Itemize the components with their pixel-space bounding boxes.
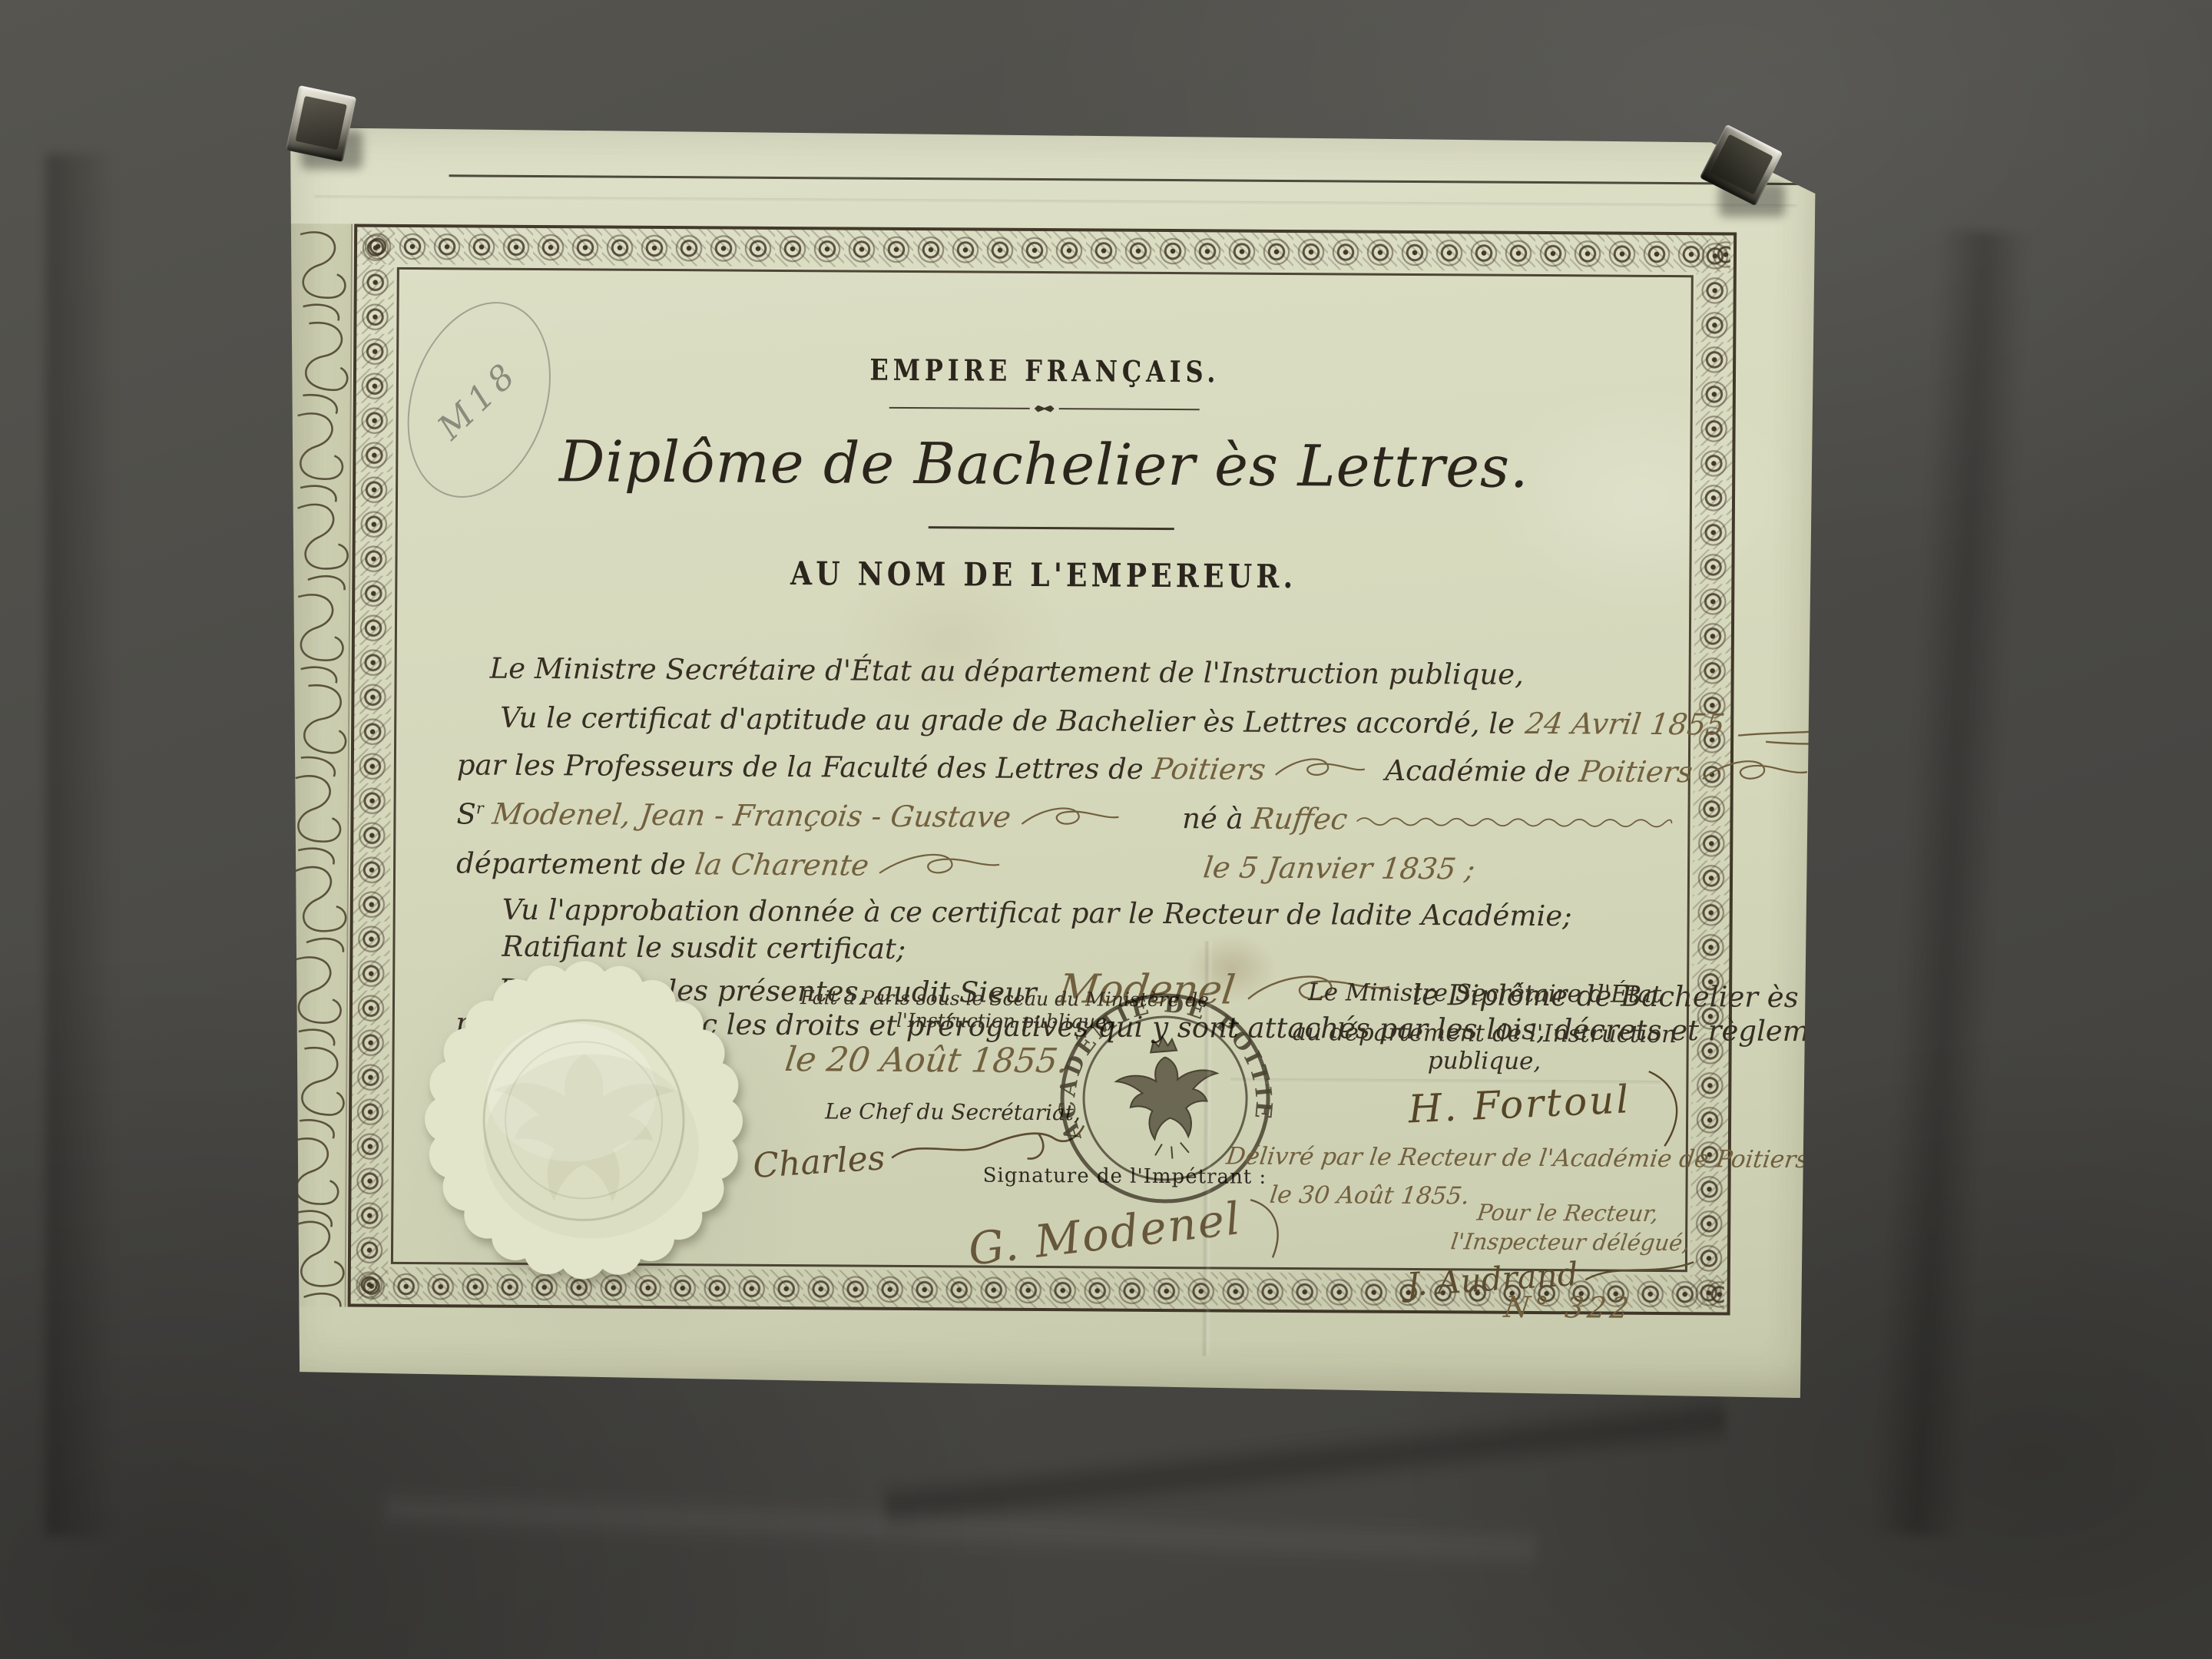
ink-flourish-icon bbox=[878, 849, 1001, 885]
stub-flourish-art bbox=[283, 224, 352, 1306]
issue-date-line: le 20 Août 1855. bbox=[785, 1040, 1068, 1081]
title-row: Diplôme de Bachelier ès Lettres. bbox=[353, 428, 1735, 502]
printed-text: né à bbox=[1182, 801, 1243, 837]
printed-text: au département de l'Instruction publique… bbox=[1292, 1018, 1677, 1075]
printed-text: Vu l'approbation donnée à ce certificat … bbox=[502, 892, 1572, 935]
signature-flourish-icon bbox=[1581, 1251, 1697, 1289]
for-rector-line: Pour le Recteur, bbox=[1477, 1200, 1658, 1227]
photograph-scene: M18 EMPIRE FRANÇAIS. Diplôme de Bachelie… bbox=[0, 0, 2212, 1659]
handwritten-delivery-date: le 30 Août 1855. bbox=[1268, 1181, 1471, 1210]
signature-flourish-icon bbox=[1633, 1064, 1721, 1152]
calligraphic-stub-band bbox=[283, 224, 353, 1306]
ink-flourish-icon bbox=[1701, 756, 1809, 790]
delivery-date-line: le 30 Août 1855. bbox=[1270, 1181, 1469, 1210]
handwritten-certificate-date: 24 Avril 1855 bbox=[1523, 707, 1727, 742]
body-line-minister-intro: Le Ministre Secrétaire d'État au départe… bbox=[490, 651, 1688, 694]
fabric-fold bbox=[46, 154, 115, 1536]
minister-title-line1: Le Ministre Secrétaire d'État bbox=[1277, 979, 1692, 1008]
clip-inner-face bbox=[1710, 134, 1773, 195]
fabric-fold bbox=[1871, 229, 2032, 1538]
handwritten-faculty-city: Poitiers bbox=[1151, 752, 1267, 786]
diamond-ornament-icon bbox=[1035, 405, 1055, 412]
header-divider-ornament bbox=[889, 403, 1200, 414]
handwritten-department: la Charente bbox=[693, 847, 871, 882]
academy-stamp: ACADÉMIE DE POITIERS bbox=[1045, 979, 1286, 1222]
delivered-by-line: Délivré par le Recteur de l'Académie de … bbox=[1227, 1143, 1808, 1174]
handwritten-for-rector: Pour le Recteur, bbox=[1475, 1200, 1660, 1227]
handwritten-academy-city: Poitiers bbox=[1578, 754, 1694, 789]
printed-text: département de bbox=[456, 846, 686, 882]
body-line-recipient: Sr Modenel, Jean - François - Gustave né… bbox=[456, 796, 1687, 839]
body-line-faculty: par les Professeurs de la Faculté des Le… bbox=[457, 747, 1687, 790]
country-heading: EMPIRE FRANÇAIS. bbox=[869, 353, 1220, 389]
handwritten-issue-date: le 20 Août 1855. bbox=[783, 1040, 1071, 1081]
top-rule bbox=[449, 174, 1803, 185]
body-line-department: département de la Charente le 5 Janvier … bbox=[456, 846, 1687, 889]
ink-flourish-icon bbox=[1274, 755, 1366, 786]
ink-wavy-filler-icon bbox=[1356, 813, 1687, 829]
printed-text: Le Ministre Secrétaire d'État bbox=[1308, 979, 1661, 1008]
embossed-paper-seal bbox=[417, 953, 751, 1287]
border-band-top bbox=[360, 227, 1730, 273]
handwritten-birth-date: le 5 Janvier 1835 ; bbox=[1201, 850, 1477, 886]
ink-flourish-icon bbox=[1020, 803, 1120, 834]
handwritten-recipient-name: Modenel, Jean - François - Gustave bbox=[491, 797, 1013, 834]
border-band-left bbox=[351, 230, 395, 1301]
printed-text: Sr bbox=[456, 796, 483, 832]
sieur-abbreviation: S bbox=[456, 797, 476, 830]
body-line-certificate: Vu le certificat d'aptitude au grade de … bbox=[500, 700, 1687, 747]
handwritten-registry-number: N° 322 bbox=[1502, 1290, 1635, 1325]
chief-signature-text: Charles bbox=[752, 1138, 886, 1186]
printed-text: Vu le certificat d'aptitude au grade de … bbox=[500, 700, 1515, 742]
diploma-title: Diplôme de Bachelier ès Lettres. bbox=[559, 429, 1529, 501]
registry-number: N° 322 bbox=[1504, 1290, 1632, 1325]
handwritten-birthplace: Ruffec bbox=[1250, 802, 1349, 836]
diploma-paper: M18 EMPIRE FRANÇAIS. Diplôme de Bachelie… bbox=[276, 121, 1830, 1402]
printed-text: par les Professeurs de la Faculté des Le… bbox=[457, 747, 1144, 787]
handwritten-delivered-by: Délivré par le Recteur de l'Académie de … bbox=[1224, 1143, 1810, 1174]
printed-text: au bbox=[1827, 756, 1863, 792]
body-line-approbation: Vu l'approbation donnée à ce certificat … bbox=[502, 892, 1687, 935]
clip-inner-face bbox=[296, 96, 347, 150]
printed-text: Le Ministre Secrétaire d'État au départe… bbox=[490, 651, 1525, 693]
sieur-abbreviation-sup: r bbox=[476, 799, 484, 817]
imperial-eagle-icon bbox=[1113, 1033, 1224, 1163]
in-the-name-of-heading: AU NOM DE L'EMPEREUR. bbox=[790, 555, 1297, 595]
minister-signature-text: H. Fortoul bbox=[1407, 1077, 1631, 1131]
ink-flourish-icon bbox=[1735, 708, 1927, 750]
academie-de-poitiers-stamp-icon: ACADÉMIE DE POITIERS bbox=[1045, 979, 1286, 1219]
printed-text: Académie de bbox=[1385, 753, 1571, 790]
